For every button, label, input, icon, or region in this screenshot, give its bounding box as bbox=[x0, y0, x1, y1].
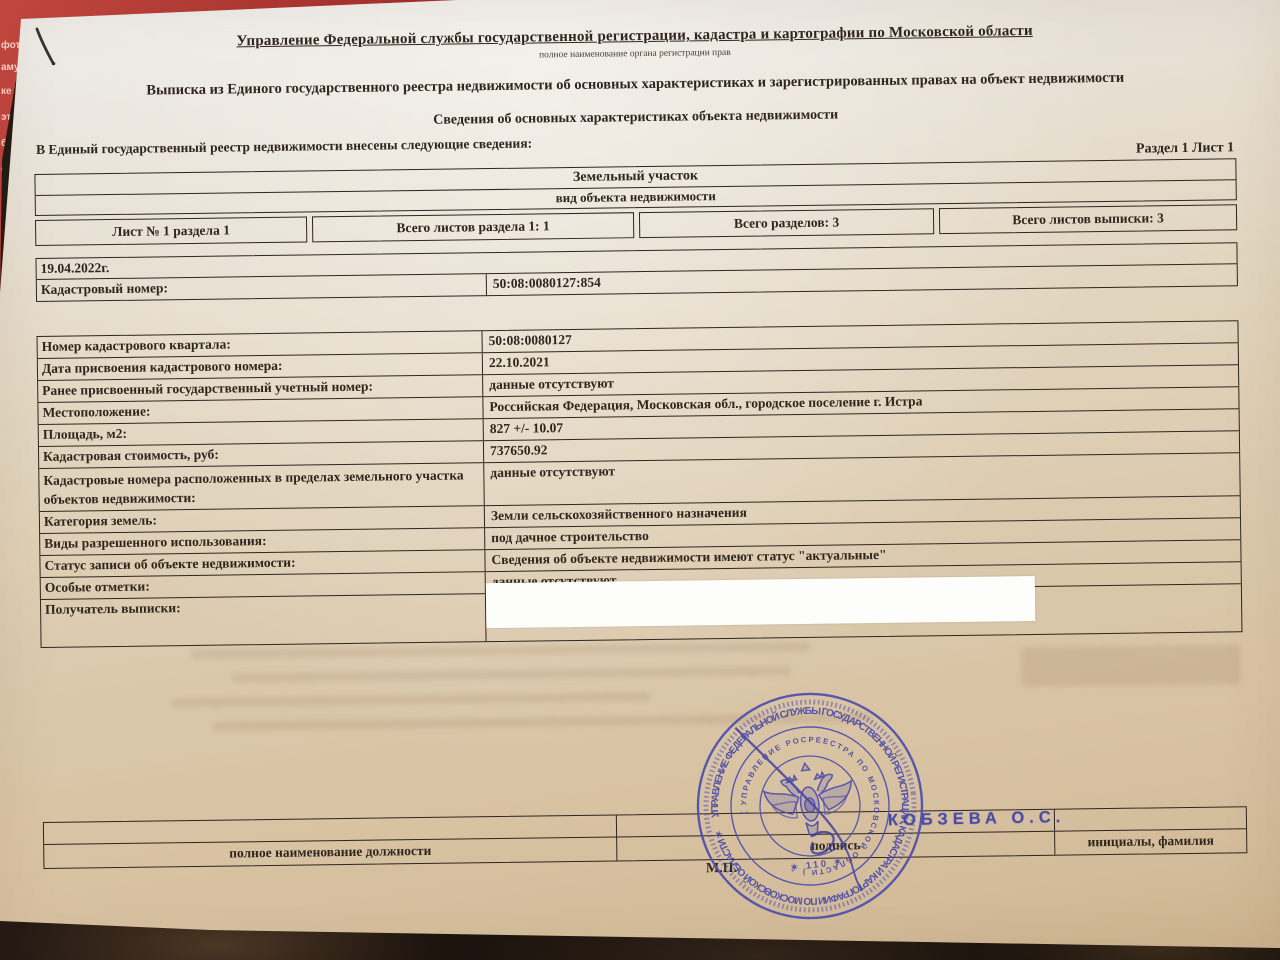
bleed-through-smudge bbox=[231, 666, 791, 682]
document-content: Управление Федеральной службы государств… bbox=[32, 0, 1248, 940]
sheet-counter-cell: Всего листов выписки: 3 bbox=[939, 204, 1237, 234]
bleed-through-smudge bbox=[1021, 644, 1242, 687]
row-label: Кадастровый номер: bbox=[37, 274, 487, 301]
section-sheet-label: Раздел 1 Лист 1 bbox=[1136, 140, 1234, 157]
date-cadastral-box: 19.04.2022г. Кадастровый номер: 50:08:00… bbox=[35, 242, 1237, 302]
signature-cell bbox=[1055, 807, 1246, 830]
red-paper-text-fragment: ке bbox=[1, 86, 12, 97]
intro-text: В Единый государственный реестр недвижим… bbox=[36, 136, 532, 158]
sheet-counter-cell: Лист № 1 раздела 1 bbox=[35, 216, 307, 246]
name-label: инициалы, фамилия bbox=[1055, 829, 1246, 854]
redacted-recipient-box bbox=[486, 576, 1036, 628]
document-page: Управление Федеральной службы государств… bbox=[0, 0, 1280, 960]
row-label: Получатель выписки: bbox=[41, 594, 487, 647]
bleed-through-smudge bbox=[171, 692, 651, 707]
red-paper-text-fragment: аму bbox=[1, 62, 19, 73]
sheet-counter-cell: Всего разделов: 3 bbox=[639, 208, 934, 238]
photo-scene: фот аму ке это би о Управление Федеральн… bbox=[0, 0, 1280, 960]
signature-table: полное наименование должности подпись ин… bbox=[43, 806, 1248, 869]
red-paper-text-fragment: фот bbox=[1, 40, 20, 51]
official-round-stamp: УПРАВЛЕНИЕ ФЕДЕРАЛЬНОЙ СЛУЖБЫ ГОСУДАРСТВ… bbox=[678, 674, 941, 937]
sheet-counter-cell: Всего листов раздела 1: 1 bbox=[312, 212, 634, 242]
document-title: Выписка из Единого государственного реес… bbox=[33, 68, 1237, 101]
row-label: Кадастровые номера расположенных в преде… bbox=[39, 463, 485, 511]
section-title: Сведения об основных характеристиках объ… bbox=[34, 102, 1238, 134]
